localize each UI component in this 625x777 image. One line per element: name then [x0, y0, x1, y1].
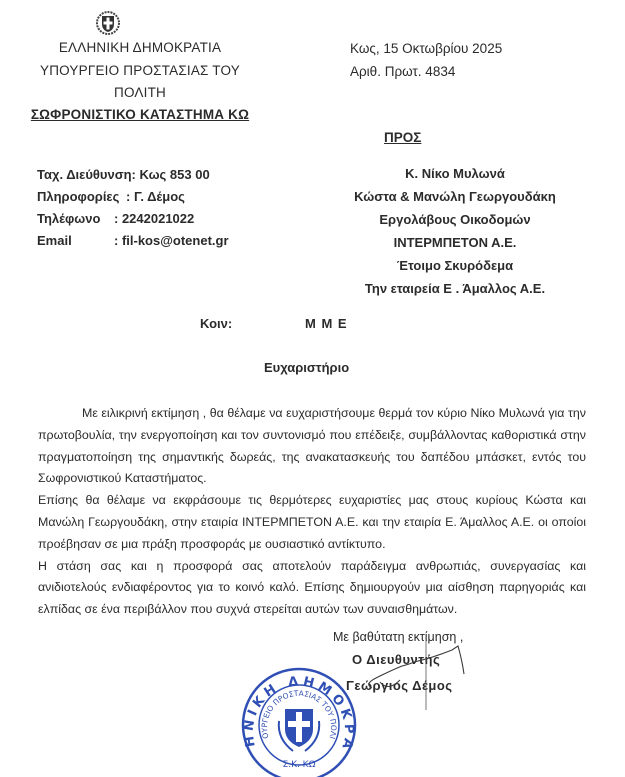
recipient-line: Κώστα & Μανώλη Γεωργουδάκη — [290, 189, 620, 204]
recipients-title: ΠΡΟΣ — [384, 130, 421, 145]
greek-coat-of-arms-icon — [96, 11, 120, 35]
document-date: Κως, 15 Οκτωβρίου 2025 — [350, 41, 502, 56]
contact-phone: Τηλέφωνο: 2242021022 — [37, 211, 194, 226]
body-paragraph: Με ειλικρινή εκτίμηση , θα θέλαμε να ευχ… — [38, 403, 586, 490]
contact-label: Πληροφορίες — [37, 189, 126, 204]
recipient-line: ΙΝΤΕΡΜΠΕΤΟΝ Α.Ε. — [290, 235, 620, 250]
header-line-republic: ΕΛΛΗΝΙΚΗ ΔΗΜΟΚΡΑΤΙΑ — [0, 40, 280, 55]
letter-body: Με ειλικρινή εκτίμηση , θα θέλαμε να ευχ… — [38, 403, 586, 621]
contact-label: Email — [37, 233, 114, 248]
contact-label: Ταχ. Διεύθυνση — [37, 167, 132, 182]
recipient-line: Εργολάβους Οικοδομών — [290, 212, 620, 227]
contact-address: Ταχ. Διεύθυνση: Κως 853 00 — [37, 167, 210, 182]
cc-value: Μ Μ Ε — [305, 316, 348, 331]
contact-label: Τηλέφωνο — [37, 211, 114, 226]
body-paragraph: Επίσης θα θέλαμε να εκφράσουμε τις θερμό… — [38, 490, 586, 555]
contact-info: Πληροφορίες: Γ. Δέμος — [37, 189, 185, 204]
recipient-line: Κ. Νίκο Μυλωνά — [290, 166, 620, 181]
recipient-line: Έτοιμο Σκυρόδεμα — [290, 258, 620, 273]
protocol-number: Αριθ. Πρωτ. 4834 — [350, 64, 455, 79]
contact-value: : fil-kos@otenet.gr — [114, 233, 229, 248]
header-line-ministry-cont: ΠΟΛΙΤΗ — [0, 85, 280, 100]
recipient-line: Την εταιρεία Ε . Άμαλλος Α.Ε. — [290, 281, 620, 296]
body-paragraph: Η στάση σας και η προσφορά σας αποτελούν… — [38, 556, 586, 621]
contact-value: : 2242021022 — [114, 211, 194, 226]
institution-name: ΣΩΦΡΟΝΙΣΤΙΚΟ ΚΑΤΑΣΤΗΜΑ ΚΩ — [0, 107, 280, 122]
cc-label: Κοιν: — [200, 316, 232, 331]
seal-bottom-text: Σ.Κ. ΚΩ — [283, 760, 316, 770]
contact-email: Email: fil-kos@otenet.gr — [37, 233, 229, 248]
header-line-ministry: ΥΠΟΥΡΓΕΙΟ ΠΡΟΣΤΑΣΙΑΣ ΤΟΥ — [0, 63, 280, 78]
contact-value: : Γ. Δέμος — [126, 189, 185, 204]
official-seal-icon: ΕΛΛΗΝΙΚΗ ΔΗΜΟΚΡΑΤΙΑ ΥΠΟΥΡΓΕΙΟ ΠΡΟΣΤΑΣΙΑΣ… — [233, 663, 363, 777]
signature-icon — [362, 640, 472, 710]
subject-title: Ευχαριστήριο — [264, 360, 349, 375]
contact-value: : Κως 853 00 — [132, 167, 210, 182]
